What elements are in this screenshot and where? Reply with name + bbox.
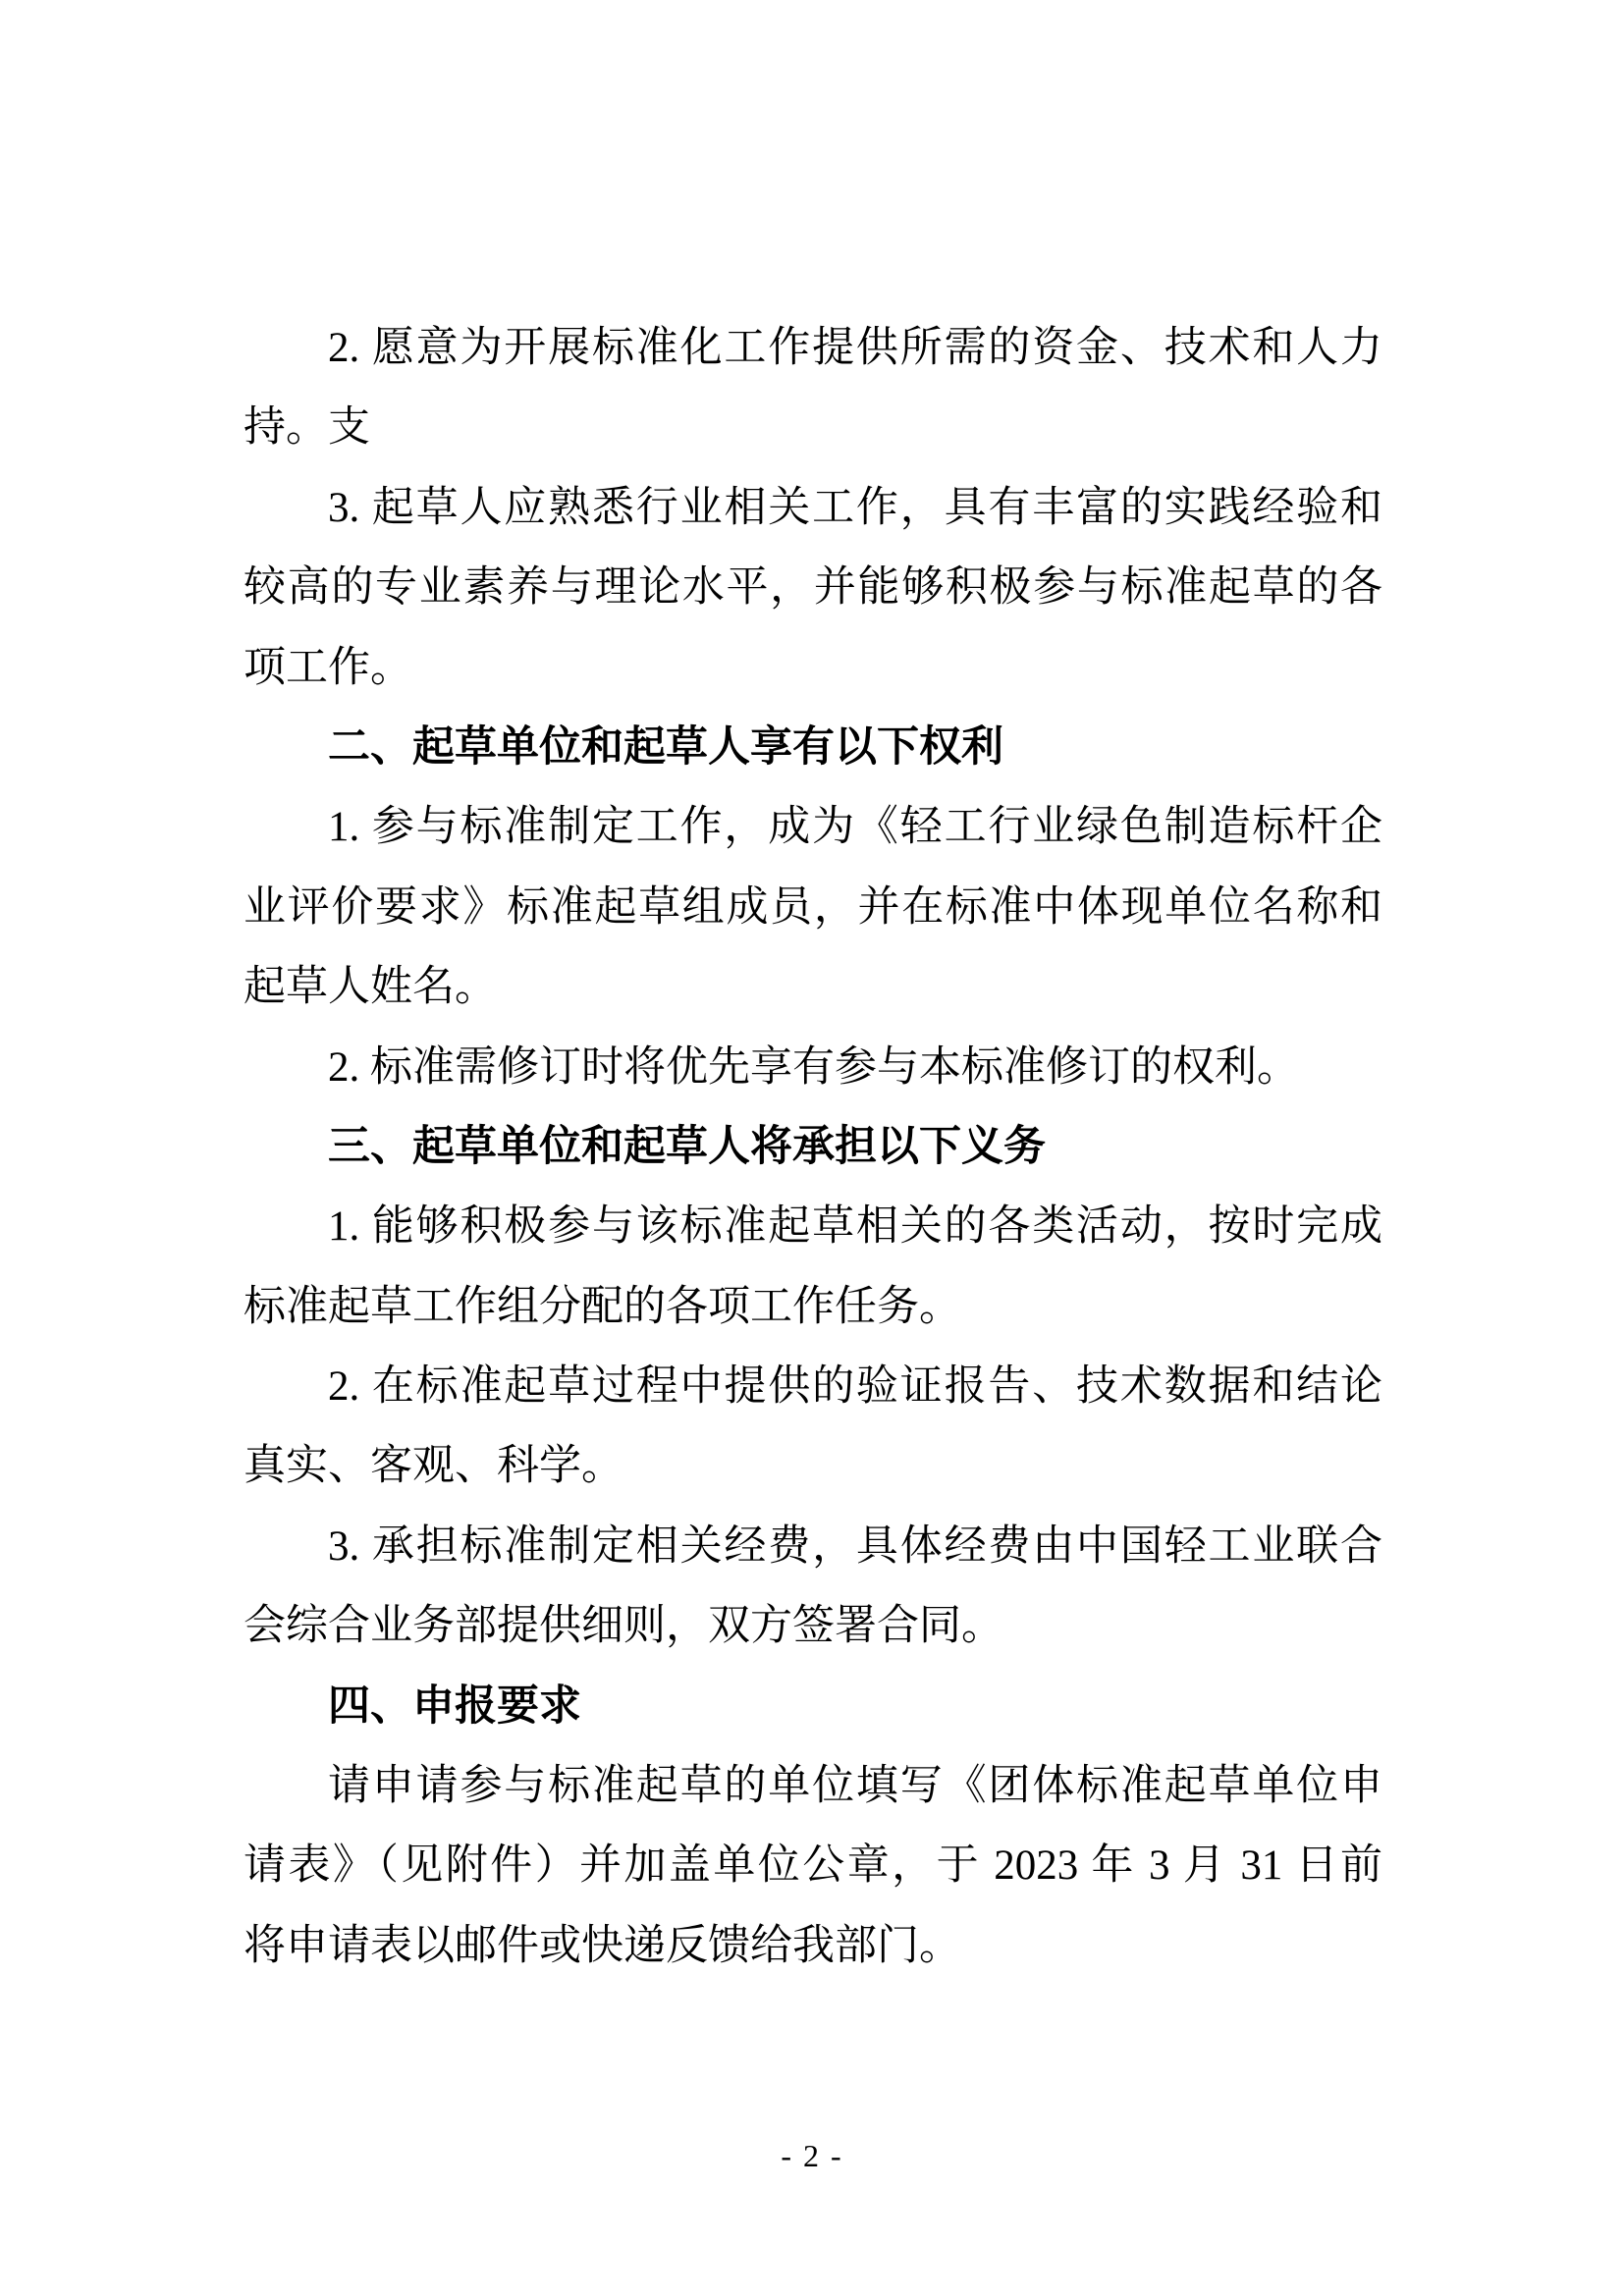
paragraph-line: 持。	[244, 388, 1382, 467]
paragraph-line: 1. 能够积极参与该标准起草相关的各类活动，按时完成	[244, 1187, 1382, 1266]
paragraph-line: 2. 在标准起草过程中提供的验证报告、技术数据和结论	[244, 1347, 1382, 1426]
section-heading-obligations: 三、起草单位和起草人将承担以下义务	[244, 1107, 1382, 1187]
paragraph-line: 2. 愿意为开展标准化工作提供所需的资金、技术和人力支	[244, 308, 1382, 388]
paragraph-line: 会综合业务部提供细则，双方签署合同。	[244, 1586, 1382, 1666]
paragraph-line: 起草人姓名。	[244, 947, 1382, 1027]
document-page: 2. 愿意为开展标准化工作提供所需的资金、技术和人力支 持。 3. 起草人应熟悉…	[0, 0, 1624, 2296]
paragraph-line: 3. 起草人应熟悉行业相关工作，具有丰富的实践经验和	[244, 468, 1382, 548]
paragraph-line: 项工作。	[244, 628, 1382, 708]
section-heading-application: 四、申报要求	[244, 1667, 1382, 1746]
section-heading-rights: 二、起草单位和起草人享有以下权利	[244, 708, 1382, 787]
paragraph-line: 业评价要求》标准起草组成员，并在标准中体现单位名称和	[244, 868, 1382, 947]
document-body: 2. 愿意为开展标准化工作提供所需的资金、技术和人力支 持。 3. 起草人应熟悉…	[244, 308, 1382, 1986]
paragraph-line: 真实、客观、科学。	[244, 1426, 1382, 1506]
paragraph-line: 请申请参与标准起草的单位填写《团体标准起草单位申	[244, 1746, 1382, 1826]
paragraph-line: 请表》（见附件）并加盖单位公章，于 2023 年 3 月 31 日前	[244, 1826, 1382, 1905]
paragraph-line: 较高的专业素养与理论水平，并能够积极参与标准起草的各	[244, 548, 1382, 627]
paragraph-line: 将申请表以邮件或快递反馈给我部门。	[244, 1906, 1382, 1986]
page-number: - 2 -	[0, 2138, 1624, 2173]
paragraph-line: 2. 标准需修订时将优先享有参与本标准修订的权利。	[244, 1028, 1382, 1107]
paragraph-line: 3. 承担标准制定相关经费，具体经费由中国轻工业联合	[244, 1507, 1382, 1586]
paragraph-line: 1. 参与标准制定工作，成为《轻工行业绿色制造标杆企	[244, 787, 1382, 867]
paragraph-line: 标准起草工作组分配的各项工作任务。	[244, 1267, 1382, 1347]
